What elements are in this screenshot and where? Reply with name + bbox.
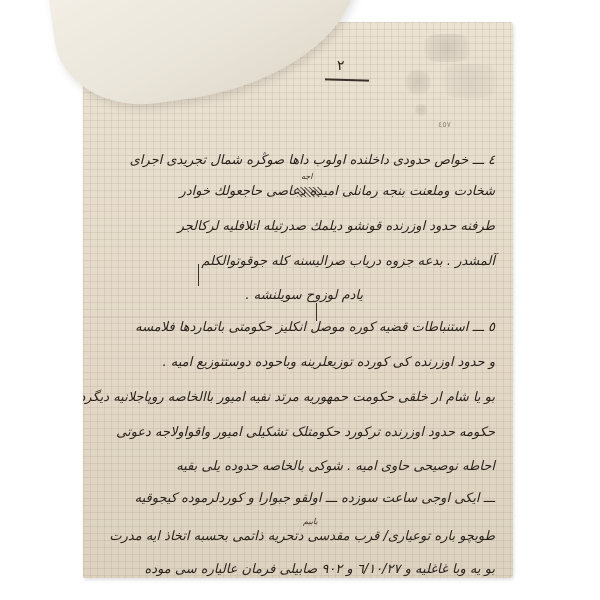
handwritten-line-10: احاطه نوصیحی حاوی امیه . شوکی بالخاصه حد… — [176, 460, 495, 473]
handwritten-line-12: طوبچو باره توعیاری/ قرب مقدسی دتحریه ذات… — [109, 530, 495, 543]
paper-fold-line — [83, 317, 513, 319]
bracket-mark — [198, 264, 199, 286]
handwritten-line-2: شخادت وملعنت بنجه رمانلی امیده دعاصی حاج… — [180, 185, 495, 198]
handwritten-line-3: طرفنه حدود اوزرنده قونشو دیلمك صدرتیله ا… — [178, 220, 495, 233]
graph-paper-sheet: ٤٥٧ ٢ ٤ ـــ خواص حدودی داخلنده اولوب داه… — [83, 22, 513, 578]
handwritten-line-5: یادم لوزوح سویلنشه . — [245, 289, 363, 302]
interlinear-insertion: یابیم — [303, 517, 318, 526]
handwritten-line-11: ـــ ایکی اوجی ساعت سوزده ـــ اولقو جبوار… — [135, 492, 495, 505]
faded-stamp-mark — [418, 34, 476, 62]
handwritten-line-6: ٥ ـــ استنباطات قضیه کوره موصل انکلیز حک… — [135, 321, 495, 334]
page-number: ٢ — [337, 58, 345, 74]
page-number-underline — [325, 78, 369, 81]
handwritten-line-1: ٤ ـــ خواص حدودی داخلنده اولوب داها صوڭر… — [130, 154, 495, 167]
interlinear-insertion: اجه — [301, 172, 312, 181]
handwritten-line-7: و حدود اوزرنده کی کورده توزیعلرینه وباحو… — [162, 356, 495, 369]
faded-stamp-mark — [435, 64, 505, 98]
document-photo: ٤٥٧ ٢ ٤ ـــ خواص حدودی داخلنده اولوب داه… — [0, 0, 600, 600]
faded-stamp-mark — [405, 69, 431, 95]
handwritten-line-4: آلمشدر . بدعه جزوه دریاب صرالیسنه کله جو… — [201, 255, 495, 268]
faded-stamp-mark — [414, 104, 428, 116]
bracket-mark — [316, 303, 317, 321]
handwritten-line-8: بو یا شام ار خلقی حکومت حمهوریه مرتد نفی… — [83, 391, 495, 404]
stamp-note: ٤٥٧ — [438, 120, 451, 129]
handwritten-line-9: حکومه حدود اوزرنده ترکورد حکومتلک تشکیلی… — [116, 426, 495, 439]
handwritten-line-13: بو یه وبا غاغلیه و ٦/١٠/٢٧ و ٩٠٢ صابیلی … — [144, 563, 495, 576]
